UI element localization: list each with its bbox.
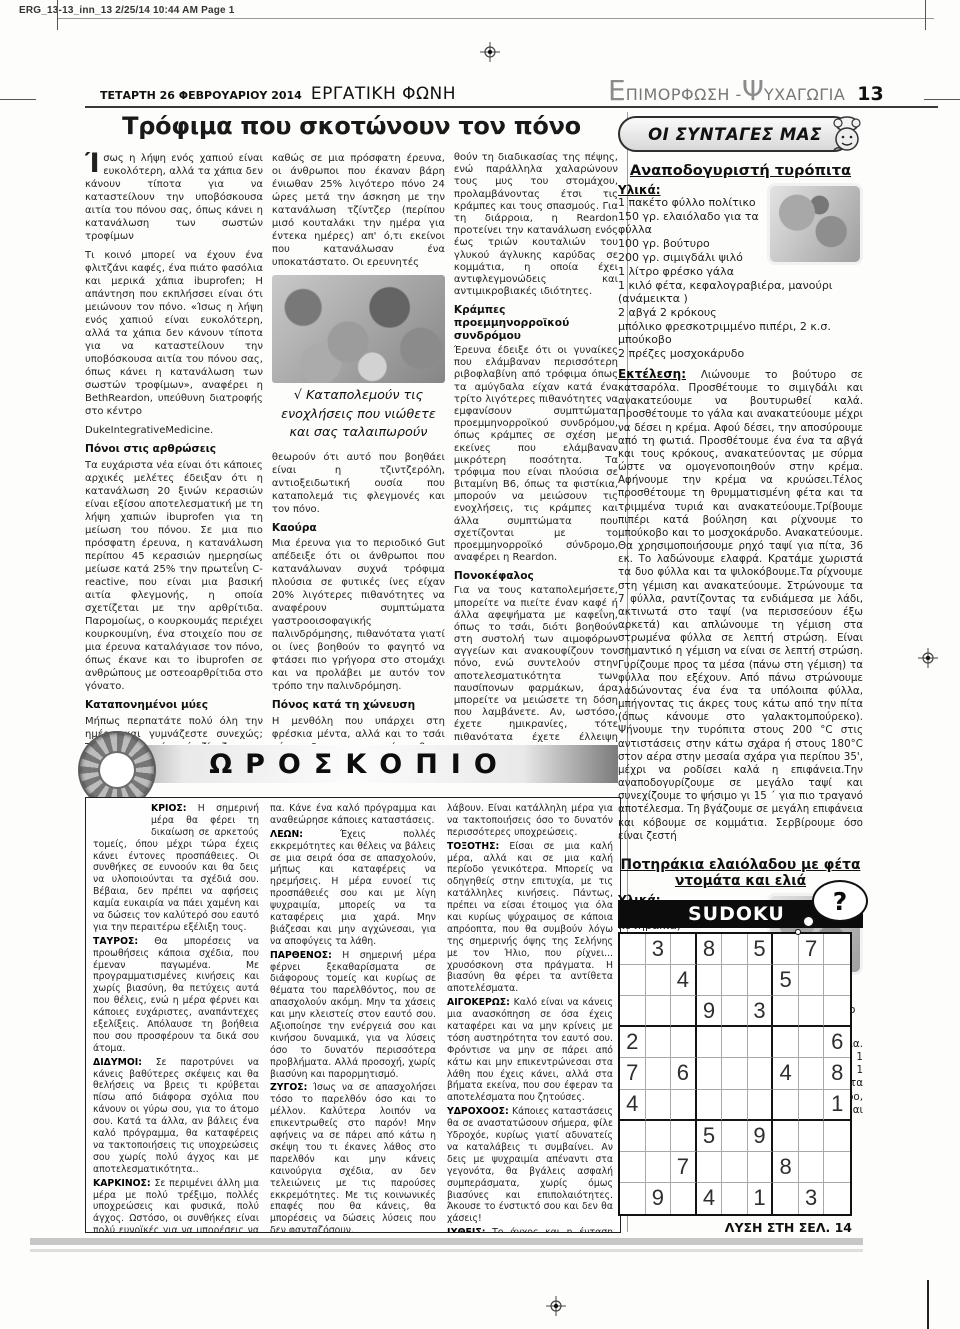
sudoku-cell <box>773 996 799 1027</box>
masthead-left: ΤΕΤΑΡΤΗ 26 ΦΕΒΡΟΥΑΡΙΟΥ 2014 ΕΡΓΑΤΙΚΗ ΦΩΝ… <box>100 84 456 104</box>
ingredient-item: 1 κιλό φέτα, κεφαλογραβιέρα, μανούρι (αν… <box>618 280 863 306</box>
section-initial: Ε <box>608 74 626 107</box>
horoscope-text: Κάποιες καταστάσεις θα σε αναστατώσουν σ… <box>447 1106 613 1224</box>
sudoku-cell: 7 <box>671 1152 697 1183</box>
sudoku-cell: 5 <box>697 1121 723 1152</box>
horoscope-column-1: ΚΡΙΟΣ: Η σημερινή μέρα θα φέρει τη δικαί… <box>93 803 259 1227</box>
sudoku-cell <box>748 1152 774 1183</box>
chef-icon <box>828 114 866 160</box>
sudoku-cell: 8 <box>773 1152 799 1183</box>
sudoku-cell <box>748 1090 774 1121</box>
zodiac-sign-name: ΛΕΩΝ: <box>270 829 303 840</box>
horoscope-banner-title: ΩΡΟΣΚΟΠΙΟ <box>196 749 510 780</box>
sudoku-cell: 9 <box>646 1183 672 1214</box>
sudoku-cell <box>697 1058 723 1089</box>
zodiac-sign-name: ΖΥΓΟΣ: <box>270 1082 307 1093</box>
sudoku-cell: 4 <box>671 965 697 996</box>
ingredient-item: μπόλικο φρεσκοτριμμένο πιπέρι, 2 κ.σ. μπ… <box>618 321 863 347</box>
section-header: ΕΠΙΜΟΡΦΩΣΗ - ΨΥΧΑΓΩΓΙΑ 13 <box>608 74 878 107</box>
horoscope-entry: ΙΧΘΕΙΣ: Το άγχος και η ένταση χτυπάει κό… <box>447 1227 613 1233</box>
ingredient-item: 2 αβγά 2 κρόκους <box>618 307 863 320</box>
sudoku-cell <box>646 1121 672 1152</box>
subheading: Κράμπες προεμμηνορροϊκού συνδρόμου <box>454 304 618 343</box>
section-initial: Ψ <box>742 74 764 107</box>
sudoku-cell <box>824 934 850 965</box>
sudoku-cell <box>722 934 748 965</box>
horoscope-entry: ΖΥΓΟΣ: Ίσως να σε απασχολήσει τόσο το πα… <box>270 1082 436 1233</box>
horoscope-text: Ίσως να σε απασχολήσει τόσο το παρελθόν … <box>270 1082 436 1233</box>
horoscope-entries: ΛΕΩΝ: Έχεις πολλές εκκρεμότητες και θέλε… <box>270 829 436 1233</box>
paragraph: Μια έρευνα για το περιοδικό Gut απέδειξε… <box>272 537 445 693</box>
article-column-1: Ίσως η λήψη ενός χαπιού είναι ευκολότερη… <box>85 152 263 744</box>
subheading: Πόνοι στις αρθρώσεις <box>85 443 263 457</box>
ingredient-item: 2 πρέζες μοσχοκάρυδο <box>618 348 863 361</box>
paragraph: DukeIntegrativeMedicine. <box>85 424 263 437</box>
horoscope-column-3: λάβουν. Είναι κατάλληλη μέρα για να τακτ… <box>447 803 613 1227</box>
horoscope-text: Η σημερινή μέρα φέρνει ξεκαθαρίσματα σε … <box>270 950 436 1080</box>
registration-mark-icon <box>918 648 938 668</box>
sudoku-cell: 2 <box>620 1027 646 1058</box>
sudoku-cell <box>697 965 723 996</box>
sudoku-cell <box>722 1152 748 1183</box>
sudoku-cell: 9 <box>748 1121 774 1152</box>
sudoku-title: SUDOKU <box>688 903 785 925</box>
paragraph: Ίσως η λήψη ενός χαπιού είναι ευκολότερη… <box>85 152 263 243</box>
sudoku-cell <box>748 965 774 996</box>
vegetables-photo <box>272 275 445 383</box>
horoscope-text: Είσαι σε μια καλή μέρα, αλλά και σε μια … <box>447 841 613 995</box>
sudoku-cell: 1 <box>748 1183 774 1214</box>
registration-mark-icon <box>546 1296 566 1316</box>
bottom-fold-band <box>30 1238 863 1245</box>
sudoku-cell <box>748 1058 774 1089</box>
sudoku-cell: 6 <box>824 1027 850 1058</box>
horoscope-text: Έχεις πολλές εκκρεμότητες και θέλεις να … <box>270 829 436 947</box>
zodiac-sign-name: ΠΑΡΘΕΝΟΣ: <box>270 950 332 961</box>
sudoku-cell: 5 <box>773 965 799 996</box>
subheading: Καταπονημένοι μύες <box>85 699 263 713</box>
zodiac-sign-name: ΚΡΙΟΣ: <box>151 803 186 814</box>
section-name: ΠΙΜΟΡΦΩΣΗ - <box>626 85 742 104</box>
sudoku-cell <box>773 1027 799 1058</box>
sudoku-cell: 5 <box>748 934 774 965</box>
sudoku-cell: 1 <box>824 1090 850 1121</box>
crop-mark <box>0 99 36 100</box>
recipe-execution: Εκτέλεση: Λιώνουμε το βούτυρο σε κατσαρό… <box>618 367 863 843</box>
sudoku-cell <box>799 1090 825 1121</box>
horoscope-entry: ΥΔΡΟΧΟΟΣ: Κάποιες καταστάσεις θα σε ανασ… <box>447 1106 613 1225</box>
sudoku-cell <box>646 1027 672 1058</box>
paragraph-text: σως η λήψη ενός χαπιού είναι ευκολότερη,… <box>85 153 263 242</box>
sudoku-cell: 9 <box>697 996 723 1027</box>
crop-mark <box>925 0 926 30</box>
paragraph: Η μενθόλη που υπάρχει στη φρέσκια μέντα,… <box>272 715 445 744</box>
recipe-ingredients-section: Υλικά: 1 πακέτο φύλλο πολίτικο150 γρ. ελ… <box>618 183 863 361</box>
horoscope-box: ΚΡΙΟΣ: Η σημερινή μέρα θα φέρει τη δικαί… <box>85 797 621 1233</box>
sudoku-cell: 4 <box>773 1058 799 1089</box>
sudoku-cell <box>824 996 850 1027</box>
sudoku-cell <box>646 1090 672 1121</box>
paragraph: Για να τους καταπολεμήσετε, μπορείτε να … <box>454 585 618 744</box>
paragraph: θεωρούν ότι αυτό που βοηθάει είναι η τζι… <box>272 451 445 516</box>
horoscope-entry: ΑΙΓΟΚΕΡΩΣ: Καλό είναι να κάνεις μια ανασ… <box>447 997 613 1104</box>
sudoku-cell <box>722 996 748 1027</box>
paragraph: καθώς σε μια πρόσφατη έρευνα, οι άνθρωπο… <box>272 152 445 269</box>
question-bubble-icon: ? <box>812 880 868 922</box>
horoscope-entry: ΛΕΩΝ: Έχεις πολλές εκκρεμότητες και θέλε… <box>270 829 436 948</box>
zodiac-wheel-icon <box>80 733 154 807</box>
newspaper-name: ΕΡΓΑΤΙΚΗ ΦΩΝΗ <box>311 84 456 104</box>
sudoku-cell <box>620 934 646 965</box>
header-rule <box>85 106 938 108</box>
sudoku-cell <box>620 1152 646 1183</box>
horoscope-text: Καλό είναι να κάνεις μια ανασκόπηση σε ό… <box>447 997 613 1103</box>
horoscope-banner: ΩΡΟΣΚΟΠΙΟ <box>88 745 618 783</box>
horoscope-text: Σε παροτρύνει να κάνεις βαθύτερες σκέψει… <box>93 1057 259 1175</box>
recipes-header-box: ΟΙ ΣΥΝΤΑΓΕΣ ΜΑΣ <box>618 116 852 152</box>
sudoku-cell <box>773 1183 799 1214</box>
sudoku-solution-note: ΛΥΣΗ ΣΤΗ ΣΕΛ. 14 <box>618 1220 852 1235</box>
article-column-2: καθώς σε μια πρόσφατη έρευνα, οι άνθρωπο… <box>272 152 445 744</box>
page-number: 13 <box>857 83 883 105</box>
sudoku-grid: 385745932676484159789413 <box>618 932 852 1216</box>
article-column-3: θούν τη διαδικασίας της πέψης, ενώ παράλ… <box>454 152 618 744</box>
execution-text: Λιώνουμε το βούτυρο σε κατσαρόλα. Προσθέ… <box>618 369 863 842</box>
paragraph: θούν τη διαδικασίας της πέψης, ενώ παράλ… <box>454 152 618 298</box>
print-slug: ERG_13-13_inn_13 2/25/14 10:44 AM Page 1 <box>19 5 235 16</box>
subheading: Καούρα <box>272 522 445 536</box>
sudoku-cell <box>646 996 672 1027</box>
crop-mark <box>924 99 960 100</box>
zodiac-sign-name: ΙΧΘΕΙΣ: <box>447 1227 485 1233</box>
recipe-title: Αναποδογυριστή τυρόπιτα <box>618 162 863 179</box>
sudoku-cell <box>620 996 646 1027</box>
sudoku-cell: 8 <box>697 934 723 965</box>
subheading: Πόνος κατά τη χώνευση <box>272 699 445 713</box>
zodiac-sign-name: ΥΔΡΟΧΟΟΣ: <box>447 1106 509 1117</box>
crop-mark <box>57 0 58 30</box>
dropcap: Ί <box>85 153 100 176</box>
horoscope-entries: ΤΟΞΟΤΗΣ: Είσαι σε μια καλή μέρα, αλλά κα… <box>447 841 613 1233</box>
horoscope-continuation: λάβουν. Είναι κατάλληλη μέρα για να τακτ… <box>447 803 613 839</box>
sudoku-cell <box>722 1058 748 1089</box>
sudoku-cell <box>799 1121 825 1152</box>
horoscope-entry: ΠΑΡΘΕΝΟΣ: Η σημερινή μέρα φέρνει ξεκαθαρ… <box>270 950 436 1081</box>
horoscope-entry: ΤΑΥΡΟΣ: Θα μπορέσεις να προωθήσεις κάποι… <box>93 936 259 1055</box>
sudoku-cell <box>671 1027 697 1058</box>
subheading: Πονοκέφαλος <box>454 570 618 583</box>
sudoku-cell <box>773 934 799 965</box>
sudoku-cell <box>697 1090 723 1121</box>
bottom-fold-band <box>30 1249 863 1252</box>
zodiac-sign-name: ΤΟΞΟΤΗΣ: <box>447 841 499 852</box>
zodiac-sign-name: ΔΙΔΥΜΟΙ: <box>93 1057 142 1068</box>
section-name: ΥΧΑΓΩΓΙΑ <box>764 85 845 104</box>
sudoku-cell <box>697 1152 723 1183</box>
sudoku-cell <box>799 996 825 1027</box>
horoscope-entry: ΚΑΡΚΙΝΟΣ: Σε περιμένει άλλη μια μέρα με … <box>93 1178 259 1233</box>
issue-date: ΤΕΤΑΡΤΗ 26 ΦΕΒΡΟΥΑΡΙΟΥ 2014 <box>100 89 302 102</box>
sudoku-cell <box>773 1090 799 1121</box>
sudoku-cell <box>620 965 646 996</box>
sudoku-cell <box>722 1090 748 1121</box>
sudoku-cell <box>722 1121 748 1152</box>
zodiac-sign-name: ΤΑΥΡΟΣ: <box>93 936 138 947</box>
horoscope-column-2: πα. Κάνε ένα καλό πρόγραμμα και αναθεώρη… <box>270 803 436 1227</box>
sudoku-cell: 3 <box>646 934 672 965</box>
sudoku-cell: 8 <box>824 1058 850 1089</box>
paragraph: Τι κοινό μπορεί να έχουν ένα φλιτζάνι κα… <box>85 249 263 418</box>
sudoku-cell: 7 <box>799 934 825 965</box>
slug-divider <box>57 18 934 19</box>
sudoku-cell <box>824 1121 850 1152</box>
sudoku-cell <box>824 1152 850 1183</box>
sudoku-cell <box>799 965 825 996</box>
sudoku-cell <box>722 1027 748 1058</box>
crop-mark <box>927 1280 929 1329</box>
paragraph: Τα ευχάριστα νέα είναι ότι κάποιες αρχικ… <box>85 459 263 693</box>
sudoku-cell <box>799 1058 825 1089</box>
horoscope-entry: ΔΙΔΥΜΟΙ: Σε παροτρύνει να κάνεις βαθύτερ… <box>93 1057 259 1176</box>
article-title: Τρόφιμα που σκοτώνουν τον πόνο <box>85 112 618 140</box>
sudoku-cell <box>671 934 697 965</box>
sudoku-cell: 4 <box>697 1183 723 1214</box>
sudoku-cell: 3 <box>748 996 774 1027</box>
horoscope-text: Θα μπορέσεις να προωθήσεις κάποια σχέδια… <box>93 936 259 1054</box>
sudoku-cell <box>722 1183 748 1214</box>
sudoku-cell: 4 <box>620 1090 646 1121</box>
recipe-photo-1 <box>767 183 863 265</box>
sudoku-cell <box>773 1121 799 1152</box>
sudoku-cell: 6 <box>671 1058 697 1089</box>
sudoku-cell <box>799 1152 825 1183</box>
sudoku-cell: 3 <box>799 1183 825 1214</box>
sudoku-cell <box>671 996 697 1027</box>
question-mark: ? <box>833 887 848 916</box>
sudoku-cell <box>824 965 850 996</box>
horoscope-entries: ΚΡΙΟΣ: Η σημερινή μέρα θα φέρει τη δικαί… <box>93 803 259 1233</box>
registration-mark-icon <box>480 42 500 62</box>
recipes-header-title: ΟΙ ΣΥΝΤΑΓΕΣ ΜΑΣ <box>648 125 822 144</box>
sudoku-cell: 7 <box>620 1058 646 1089</box>
sudoku-cell <box>697 1027 723 1058</box>
zodiac-sign-name: ΑΙΓΟΚΕΡΩΣ: <box>447 997 510 1008</box>
sudoku-cell <box>620 1183 646 1214</box>
sudoku-cell <box>722 965 748 996</box>
sudoku-cell <box>646 1058 672 1089</box>
sudoku-cell <box>646 965 672 996</box>
sudoku-cell <box>620 1121 646 1152</box>
ingredient-item: 1 λίτρο φρέσκο γάλα <box>618 266 863 279</box>
horoscope-continuation: πα. Κάνε ένα καλό πρόγραμμα και αναθεώρη… <box>270 803 436 827</box>
sudoku-cell <box>824 1183 850 1214</box>
horoscope-entry: ΤΟΞΟΤΗΣ: Είσαι σε μια καλή μέρα, αλλά κα… <box>447 841 613 996</box>
sudoku-cell <box>671 1121 697 1152</box>
sudoku-cell <box>799 1027 825 1058</box>
pull-quote: √ Καταπολεμούν τις ενοχλήσεις που νιώθετ… <box>274 387 443 443</box>
wheel-text-spacer <box>93 803 151 829</box>
paragraph: Έρευνα έδειξε ότι οι γυναίκες που ελάμβα… <box>454 345 618 564</box>
zodiac-sign-name: ΚΑΡΚΙΝΟΣ: <box>93 1178 151 1189</box>
sudoku-cell <box>646 1152 672 1183</box>
sudoku-cell <box>671 1090 697 1121</box>
sudoku-cell <box>671 1183 697 1214</box>
article-body: Ίσως η λήψη ενός χαπιού είναι ευκολότερη… <box>85 152 618 744</box>
execution-label: Εκτέλεση: <box>618 367 686 381</box>
sudoku-cell <box>748 1027 774 1058</box>
